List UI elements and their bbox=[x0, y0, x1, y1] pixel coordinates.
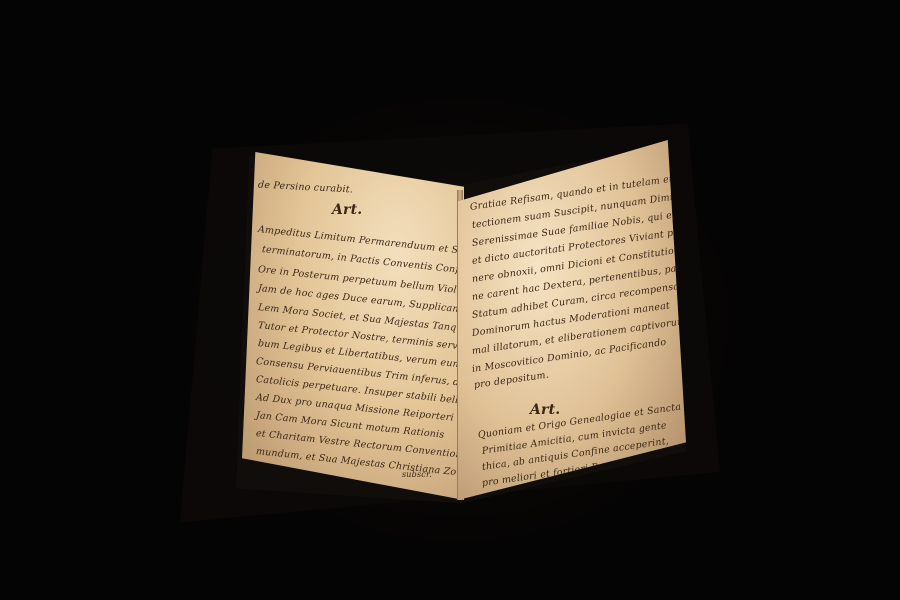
manuscript-left-page: de Persino curabit. Art. Ampeditus Limit… bbox=[242, 152, 464, 500]
left-page-text: de Persino curabit. Art. Ampeditus Limit… bbox=[242, 152, 464, 500]
manuscript-right-page: Gratiae Refisam, quando et in tutelam et… bbox=[458, 140, 686, 500]
text-line: de Persino curabit. bbox=[258, 180, 353, 196]
photo-scene: de Persino curabit. Art. Ampeditus Limit… bbox=[0, 0, 900, 600]
article-heading: Art. bbox=[332, 202, 362, 218]
right-page-text: Gratiae Refisam, quando et in tutelam et… bbox=[458, 140, 686, 500]
article-heading: Art. bbox=[530, 402, 560, 418]
signature: subscr. bbox=[402, 470, 432, 479]
